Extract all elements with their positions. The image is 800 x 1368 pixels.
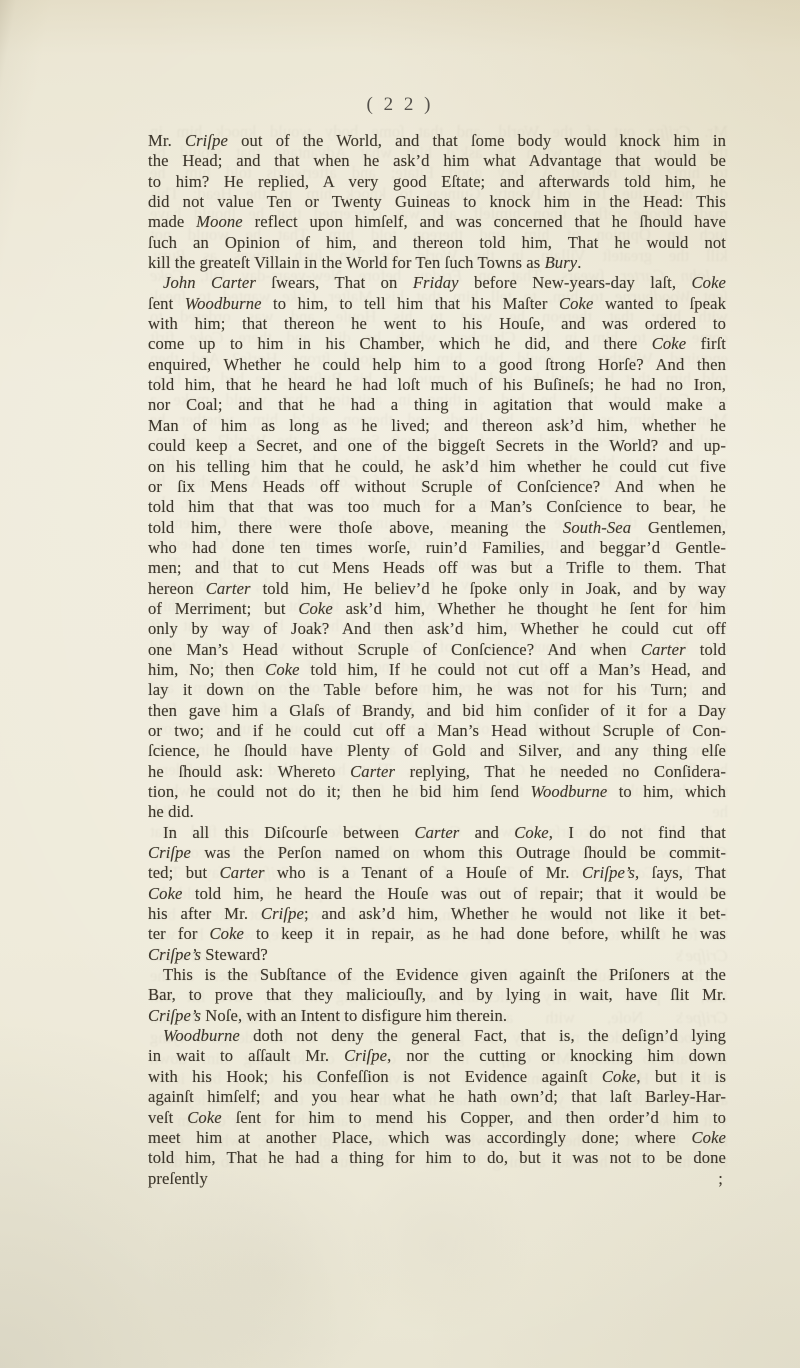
text-line: kill the greateſt Villain in the World f… xyxy=(148,253,726,273)
text-segment-italic: Coke xyxy=(692,1128,727,1147)
text-line: did not value Ten or Twenty Guineas to k… xyxy=(148,192,726,212)
text-segment: veſt xyxy=(148,1108,187,1127)
text-segment: told him, that he heard he had loſt much… xyxy=(148,375,726,394)
text-segment: out of the World, and that ſome body wou… xyxy=(228,131,726,150)
text-segment: of Merriment; but xyxy=(148,599,298,618)
text-segment: was the Perſon named on whom this Outrag… xyxy=(191,843,726,862)
text-segment: told him, That he had a thing for him to… xyxy=(148,1148,726,1167)
text-segment: , ſays, That xyxy=(635,863,726,882)
text-segment-italic: John Carter xyxy=(163,273,256,292)
text-segment: ſcience, he ſhould have Plenty of Gold a… xyxy=(148,741,726,760)
text-segment-italic: Moone xyxy=(196,212,243,231)
text-line: or ſix Mens Heads off without Scruple of… xyxy=(148,477,726,497)
text-segment: reflect upon himſelf, and was concerned … xyxy=(243,212,726,231)
text-line: Bar, to prove that they maliciouſly, and… xyxy=(148,985,726,1005)
text-segment: made xyxy=(148,212,196,231)
text-line: enquired, Whether he could help him to a… xyxy=(148,355,726,375)
text-segment: told xyxy=(686,640,726,659)
text-line: Man of him as long as he lived; and ther… xyxy=(148,416,726,436)
text-line: could keep a Secret, and one of the bigg… xyxy=(148,436,726,456)
text-line: told him that that was too much for a Ma… xyxy=(148,497,726,517)
text-segment: told him, He believ’d he ſpoke only in J… xyxy=(251,579,726,598)
text-segment-italic: Woodburne xyxy=(163,1026,240,1045)
text-segment: who is a Tenant of a Houſe of Mr. xyxy=(265,863,582,882)
catchword: preſently ; xyxy=(148,1169,726,1189)
text-line: againſt himſelf; and you hear what he ha… xyxy=(148,1087,726,1107)
text-line: In all this Diſcourſe between Carter and… xyxy=(148,823,726,843)
text-line: men; and that to cut Mens Heads off was … xyxy=(148,558,726,578)
text-segment: tion, he could not do it; then he bid hi… xyxy=(148,782,531,801)
text-segment: or ſix Mens Heads off without Scruple of… xyxy=(148,477,726,496)
text-line: in wait to aſſault Mr. Criſpe, nor the c… xyxy=(148,1046,726,1066)
text-segment-italic: Carter xyxy=(350,762,395,781)
page-number: ( 2 2 ) xyxy=(0,94,800,116)
text-segment: . xyxy=(577,253,581,272)
text-line: John Carter ſwears, That on Friday befor… xyxy=(148,273,726,293)
text-line: veſt Coke ſent for him to mend his Coppe… xyxy=(148,1108,726,1128)
text-line: tion, he could not do it; then he bid hi… xyxy=(148,782,726,802)
text-line: made Moone reflect upon himſelf, and was… xyxy=(148,212,726,232)
text-segment-italic: Coke xyxy=(298,599,333,618)
text-segment: him, No; then xyxy=(148,660,265,679)
text-line: the Head; and that when he ask’d him wha… xyxy=(148,151,726,171)
text-segment: could keep a Secret, and one of the bigg… xyxy=(148,436,726,455)
text-segment-italic: Bury xyxy=(545,253,578,272)
text-segment-italic: Woodburne xyxy=(531,782,608,801)
text-segment: nor Coal; and that he had a thing in agi… xyxy=(148,395,726,414)
text-line: only by way of Joak? And then ask’d him,… xyxy=(148,619,726,639)
text-segment: hereon xyxy=(148,579,206,598)
body-text: Mr. Criſpe out of the World, and that ſo… xyxy=(148,131,726,1169)
text-segment: doth not deny the general Fact, that is,… xyxy=(240,1026,726,1045)
text-segment: told him, there were thoſe above, meanin… xyxy=(148,518,563,537)
text-line: one Man’s Head without Scruple of Conſci… xyxy=(148,640,726,660)
text-segment-italic: Coke xyxy=(187,1108,222,1127)
text-segment: ted; but xyxy=(148,863,220,882)
text-segment-italic: Coke xyxy=(210,924,245,943)
text-line: told him, that he heard he had loſt much… xyxy=(148,375,726,395)
text-line: with his Hook; his Confeſſion is not Evi… xyxy=(148,1067,726,1087)
text-line: ſcience, he ſhould have Plenty of Gold a… xyxy=(148,741,726,761)
book-page: Mr. Criſpe out of the World, and that ſo… xyxy=(0,0,800,1368)
text-segment: Mr. xyxy=(148,131,185,150)
text-segment: to him? He replied, A very good Eſtate; … xyxy=(148,172,726,191)
text-segment: Man of him as long as he lived; and ther… xyxy=(148,416,726,435)
text-line: Woodburne doth not deny the general Fact… xyxy=(148,1026,726,1046)
text-segment: againſt himſelf; and you hear what he ha… xyxy=(148,1087,726,1106)
text-line: nor Coal; and that he had a thing in agi… xyxy=(148,395,726,415)
text-line: his after Mr. Criſpe; and ask’d him, Whe… xyxy=(148,904,726,924)
text-segment: told him, If he could not cut off a Man’… xyxy=(300,660,726,679)
text-segment: on his telling him that he could, he ask… xyxy=(148,457,726,476)
text-segment: enquired, Whether he could help him to a… xyxy=(148,355,726,374)
text-line: Criſpe was the Perſon named on whom this… xyxy=(148,843,726,863)
text-line: meet him at another Place, which was acc… xyxy=(148,1128,726,1148)
text-segment: Gentlemen, xyxy=(631,518,726,537)
text-line: This is the Subſtance of the Evidence gi… xyxy=(148,965,726,985)
text-segment: ſuch an Opinion of him, and thereon told… xyxy=(148,233,726,252)
text-segment-italic: Coke xyxy=(692,273,727,292)
text-segment: meet him at another Place, which was acc… xyxy=(148,1128,692,1147)
text-segment: Bar, to prove that they maliciouſly, and… xyxy=(148,985,726,1004)
text-line: on his telling him that he could, he ask… xyxy=(148,457,726,477)
text-line: Criſpe’s Steward? xyxy=(148,945,726,965)
text-segment: , I do not find that xyxy=(549,823,726,842)
text-line: he ſhould ask: Whereto Carter replying, … xyxy=(148,762,726,782)
text-segment-italic: Carter xyxy=(641,640,686,659)
text-line: he did. xyxy=(148,802,726,822)
text-segment: did not value Ten or Twenty Guineas to k… xyxy=(148,192,726,211)
text-segment: told him that that was too much for a Ma… xyxy=(148,497,726,516)
text-segment-italic: Carter xyxy=(220,863,265,882)
text-segment: who had done ten times worſe, ruin’d Fam… xyxy=(148,538,726,557)
text-segment: to keep it in repair, as he had done bef… xyxy=(244,924,726,943)
text-segment: firſt xyxy=(686,334,726,353)
text-segment: to him, to tell him that his Maſter xyxy=(262,294,559,313)
text-line: with him; that thereon he went to his Ho… xyxy=(148,314,726,334)
text-segment-italic: Criſpe’s xyxy=(148,1006,201,1025)
text-segment-italic: Coke xyxy=(514,823,549,842)
text-line: Mr. Criſpe out of the World, and that ſo… xyxy=(148,131,726,151)
text-line: or two; and if he could cut off a Man’s … xyxy=(148,721,726,741)
text-segment-italic: Carter xyxy=(414,823,459,842)
text-segment: to him, which xyxy=(607,782,726,801)
text-segment: wanted to ſpeak xyxy=(593,294,726,313)
text-segment: and xyxy=(459,823,514,842)
text-line: hereon Carter told him, He believ’d he ſ… xyxy=(148,579,726,599)
page-text-block: Mr. Criſpe out of the World, and that ſo… xyxy=(148,131,726,1189)
text-segment: This is the Subſtance of the Evidence gi… xyxy=(163,965,726,984)
text-line: to him? He replied, A very good Eſtate; … xyxy=(148,172,726,192)
text-segment: ask’d him, Whether he thought he ſent fo… xyxy=(333,599,726,618)
text-segment: he ſhould ask: Whereto xyxy=(148,762,350,781)
text-line: ter for Coke to keep it in repair, as he… xyxy=(148,924,726,944)
text-segment: before New-years-day laſt, xyxy=(459,273,692,292)
text-segment: ſwears, That on xyxy=(256,273,413,292)
text-segment: ter for xyxy=(148,924,210,943)
text-segment: Noſe, with an Intent to disfigure him th… xyxy=(201,1006,507,1025)
text-line: Criſpe’s Noſe, with an Intent to disfigu… xyxy=(148,1006,726,1026)
text-line: ſuch an Opinion of him, and thereon told… xyxy=(148,233,726,253)
text-segment-italic: Coke xyxy=(559,294,594,313)
text-segment: In all this Diſcourſe between xyxy=(163,823,414,842)
text-line: Coke told him, he heard the Houſe was ou… xyxy=(148,884,726,904)
text-segment: , nor the cutting or knocking him down xyxy=(387,1046,726,1065)
text-segment-italic: Coke xyxy=(602,1067,637,1086)
text-segment: kill the greateſt Villain in the World f… xyxy=(148,253,545,272)
text-segment-italic: South-Sea xyxy=(563,518,631,537)
text-line: of Merriment; but Coke ask’d him, Whethe… xyxy=(148,599,726,619)
text-segment-italic: Coke xyxy=(148,884,183,903)
text-segment: come up to him in his Chamber, which he … xyxy=(148,334,652,353)
text-segment-italic: Coke xyxy=(652,334,687,353)
text-line: him, No; then Coke told him, If he could… xyxy=(148,660,726,680)
text-segment: or two; and if he could cut off a Man’s … xyxy=(148,721,726,740)
text-segment-italic: Criſpe’s xyxy=(148,945,201,964)
text-segment: one Man’s Head without Scruple of Conſci… xyxy=(148,640,641,659)
text-segment-italic: Coke xyxy=(265,660,300,679)
text-segment: with him; that thereon he went to his Ho… xyxy=(148,314,726,333)
text-segment: ſent xyxy=(148,294,185,313)
text-segment: his after Mr. xyxy=(148,904,261,923)
text-line: told him, That he had a thing for him to… xyxy=(148,1148,726,1168)
text-line: told him, there were thoſe above, meanin… xyxy=(148,518,726,538)
text-segment-italic: Criſpe xyxy=(185,131,228,150)
text-segment-italic: Woodburne xyxy=(185,294,262,313)
text-segment: lay it down on the Table before him, he … xyxy=(148,680,726,699)
text-segment: told him, he heard the Houſe was out of … xyxy=(183,884,727,903)
text-segment: the Head; and that when he ask’d him wha… xyxy=(148,151,726,170)
text-segment-italic: Criſpe xyxy=(261,904,304,923)
text-segment-italic: Friday xyxy=(413,273,459,292)
text-segment: ; and ask’d him, Whether he would not li… xyxy=(304,904,726,923)
text-segment: with his Hook; his Confeſſion is not Evi… xyxy=(148,1067,602,1086)
text-line: then gave him a Glaſs of Brandy, and bid… xyxy=(148,701,726,721)
text-segment-italic: Criſpe xyxy=(148,843,191,862)
text-segment: only by way of Joak? And then ask’d him,… xyxy=(148,619,726,638)
text-segment: Steward? xyxy=(201,945,268,964)
text-segment-italic: Criſpe’s xyxy=(582,863,635,882)
text-line: ſent Woodburne to him, to tell him that … xyxy=(148,294,726,314)
text-segment: he did. xyxy=(148,802,194,821)
text-line: come up to him in his Chamber, which he … xyxy=(148,334,726,354)
text-segment: then gave him a Glaſs of Brandy, and bid… xyxy=(148,701,726,720)
text-line: ted; but Carter who is a Tenant of a Hou… xyxy=(148,863,726,883)
text-segment: men; and that to cut Mens Heads off was … xyxy=(148,558,726,577)
text-segment: in wait to aſſault Mr. xyxy=(148,1046,344,1065)
text-line: who had done ten times worſe, ruin’d Fam… xyxy=(148,538,726,558)
text-segment: , but it is xyxy=(636,1067,726,1086)
text-segment: replying, That he needed no Conſidera- xyxy=(395,762,726,781)
text-line: lay it down on the Table before him, he … xyxy=(148,680,726,700)
text-segment: ſent for him to mend his Copper, and the… xyxy=(222,1108,726,1127)
text-segment-italic: Criſpe xyxy=(344,1046,387,1065)
text-segment-italic: Carter xyxy=(206,579,251,598)
